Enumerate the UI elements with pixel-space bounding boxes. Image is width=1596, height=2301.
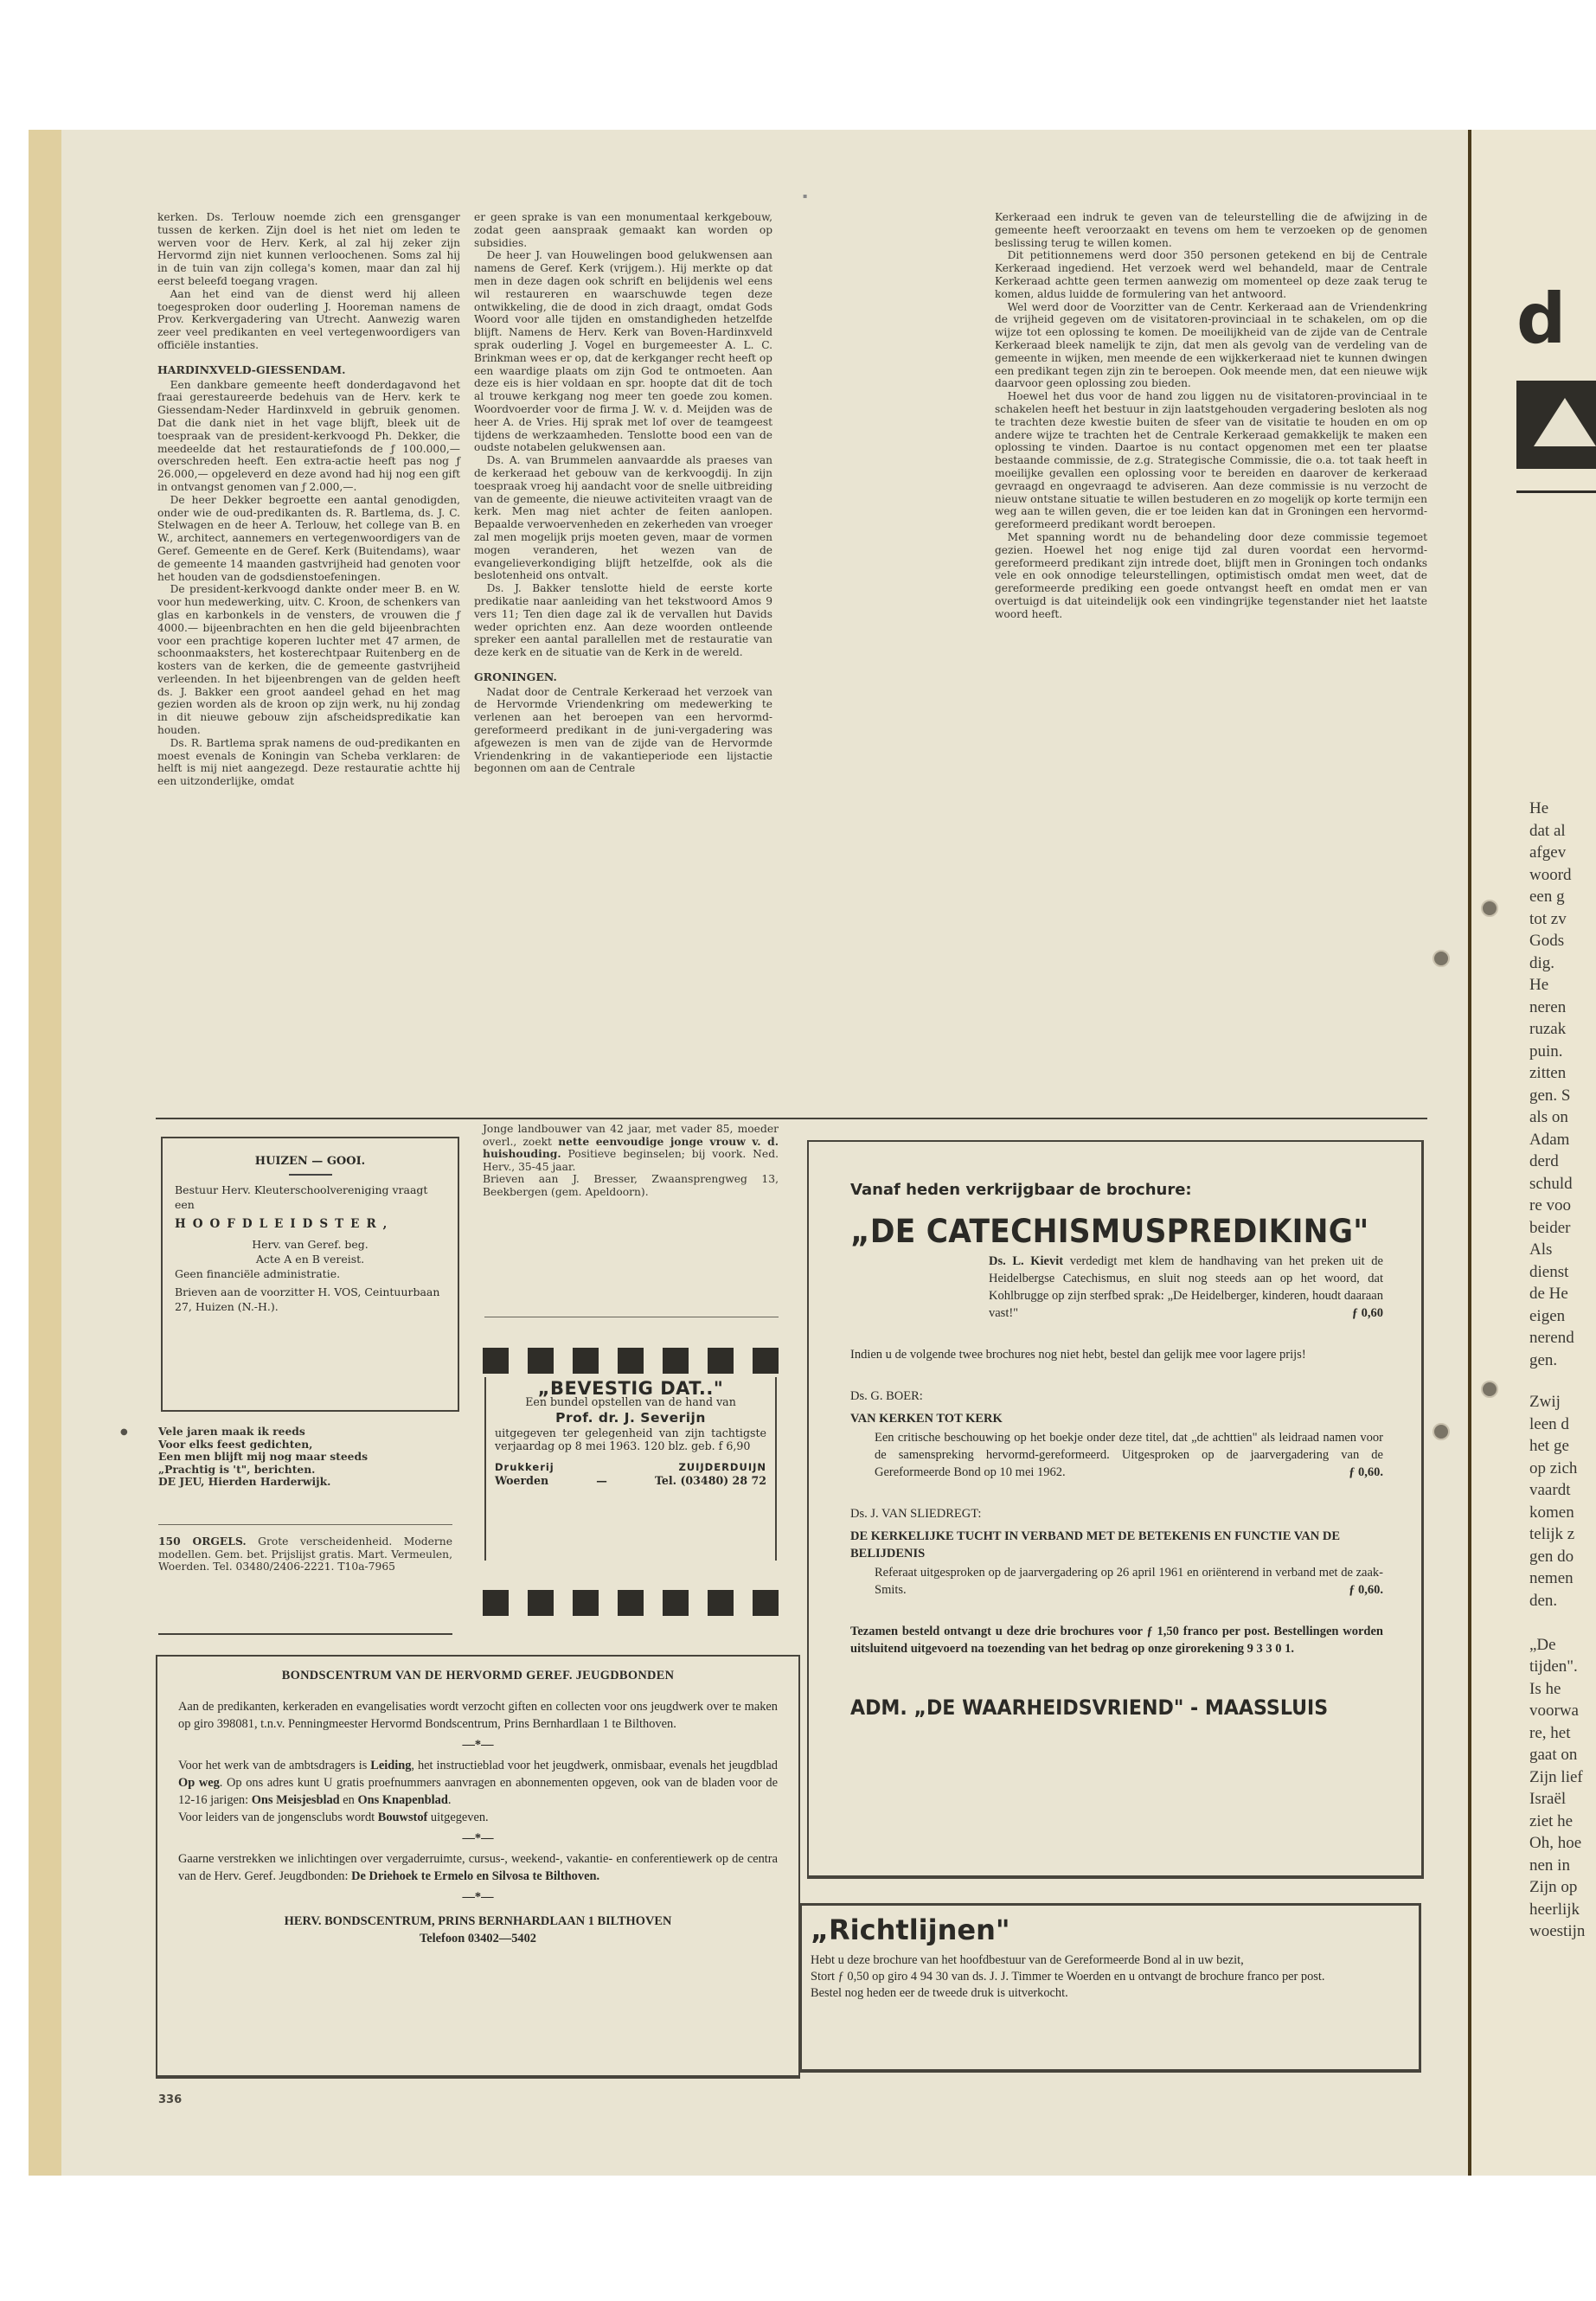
ad-huizen-gooi: HUIZEN — GOOI. Bestuur Herv. Kleuterscho… (161, 1137, 459, 1412)
ad-orgels: 150 ORGELS. Grote verscheidenheid. Moder… (158, 1535, 452, 1574)
ad-title: „Richtlijnen" (811, 1913, 1410, 1947)
decorative-squares-bottom (483, 1590, 779, 1616)
paragraph: Ds. J. Bakker tenslotte hield de eerste … (474, 582, 772, 659)
ad-text: Een bundel opstellen van de hand van (495, 1395, 766, 1408)
ad-publisher: DrukkerijZUIJDERDUIJN (495, 1461, 766, 1474)
paragraph: De heer J. van Houwelingen bood gelukwen… (474, 249, 772, 454)
ad-title: „BEVESTIG DAT.." (495, 1382, 766, 1395)
paragraph: Kerkeraad een indruk te geven van de tel… (995, 211, 1427, 249)
divider (289, 1174, 332, 1176)
poem-line: Een men blijft mij nog maar steeds (158, 1451, 452, 1464)
ad-lead: Vanaf heden verkrijgbaar de brochure: (850, 1182, 1383, 1199)
order-info: Tezamen besteld ontvangt u deze drie bro… (850, 1623, 1383, 1657)
t: Bouwstof (378, 1811, 428, 1824)
dash: — (596, 1474, 607, 1487)
page-number: 336 (158, 2093, 182, 2106)
ad-text: Stort ƒ 0,50 op giro 4 94 30 van ds. J. … (811, 1969, 1410, 1985)
divider (484, 1317, 779, 1317)
ad-richtlijnen: „Richtlijnen" Hebt u deze brochure van h… (800, 1903, 1421, 2073)
paragraph: Met spanning wordt nu de behandeling doo… (995, 531, 1427, 621)
poem-line: DE JEU, Hierden Harderwijk. (158, 1476, 452, 1489)
paragraph: Een dankbare gemeente heeft donderdagavo… (157, 379, 460, 494)
next-page-text-a: He dat al afgev woord een g tot zv Gods … (1529, 798, 1574, 1371)
ad-title: BONDSCENTRUM VAN DE HERVORMD GEREF. JEUG… (178, 1667, 778, 1684)
paragraph: Ds. R. Bartlema sprak namens de oud-pred… (157, 737, 460, 788)
next-page-rule (1516, 490, 1596, 493)
binding-hole (1481, 1381, 1498, 1398)
ad-personal: Jonge landbouwer van 42 jaar, met vader … (483, 1123, 779, 1199)
ad-text: Voor leiders van de jongensclubs wordt B… (178, 1809, 778, 1826)
t: Voor leiders van de jongensclubs wordt (178, 1811, 378, 1824)
ad-poem: Vele jaren maak ik reeds Voor elks feest… (158, 1426, 452, 1489)
paragraph: Dit petitionnemens werd door 350 persone… (995, 249, 1427, 300)
section-heading-groningen: GRONINGEN. (474, 671, 772, 684)
t: Ds. L. Kievit (989, 1254, 1063, 1268)
binding-hole (1433, 1423, 1450, 1440)
t: De Driehoek te Ermelo en Silvosa te Bilt… (351, 1869, 599, 1883)
t: Ons Meisjesblad (252, 1793, 340, 1807)
price: ƒ 0,60. (1349, 1464, 1383, 1481)
t: , het instructieblad voor het jeugdwerk,… (411, 1759, 778, 1772)
paragraph: kerken. Ds. Terlouw noemde zich een gren… (157, 211, 460, 288)
ad-text: Geen financiële administratie. (175, 1266, 445, 1281)
bullet-mark: ● (120, 1427, 128, 1437)
ad-text: uitgegeven ter gelegenheid van zijn tach… (495, 1426, 766, 1452)
phone: Tel. (03480) 28 72 (655, 1474, 766, 1487)
brochure-title: VAN KERKEN TOT KERK (850, 1410, 1383, 1427)
ad-description: Ds. L. Kievit verdedigt met klem de hand… (989, 1253, 1383, 1322)
paragraph: Wel werd door de Voorzitter van de Centr… (995, 301, 1427, 391)
t: uitgegeven. (427, 1811, 488, 1824)
ad-text: Herv. van Geref. beg. (175, 1237, 445, 1252)
divider (158, 1524, 452, 1525)
separator: —*— (178, 1736, 778, 1753)
paragraph: Hoewel het dus voor de hand zou liggen n… (995, 390, 1427, 531)
article-ad-divider (156, 1118, 1427, 1119)
decorative-squares-top (483, 1348, 779, 1374)
ad-phone: Telefoon 03402—5402 (178, 1930, 778, 1947)
next-page-headline-letter: d (1516, 279, 1566, 359)
brochure-description: Een critische beschouwing op het boekje … (875, 1429, 1383, 1481)
next-page-logo-block (1516, 381, 1596, 469)
separator: —*— (178, 1830, 778, 1847)
ad-publisher: ADM. „DE WAARHEIDSVRIEND" - MAASSLUIS (850, 1699, 1341, 1716)
poem-line: Voor elks feest gedichten, (158, 1439, 452, 1452)
paragraph: Nadat door de Centrale Kerkeraad het ver… (474, 686, 772, 776)
t: Op weg (178, 1776, 220, 1790)
ad-bondscentrum: BONDSCENTRUM VAN DE HERVORMD GEREF. JEUG… (156, 1655, 800, 2079)
ad-text: Voor het werk van de ambtsdragers is Lei… (178, 1757, 778, 1809)
paragraph: er geen sprake is van een monumentaal ke… (474, 211, 772, 249)
ad-text: Brieven aan de voorzitter H. VOS, Ceintu… (175, 1285, 445, 1314)
article-column-3: Kerkeraad een indruk te geven van de tel… (995, 211, 1427, 621)
publisher-label: Drukkerij (495, 1461, 554, 1474)
ad-text: Bestel nog heden eer de tweede druk is u… (811, 1985, 1410, 2002)
paragraph: De heer Dekker begroette een aantal geno… (157, 494, 460, 584)
brochure-description: Referaat uitgesproken op de jaarvergader… (875, 1564, 1383, 1599)
t: . (448, 1793, 452, 1807)
t: Leiding (370, 1759, 411, 1772)
price: ƒ 0,60. (1349, 1581, 1383, 1599)
ad-text: Aan de predikanten, kerkeraden en evange… (178, 1698, 778, 1733)
brochure-author: Ds. J. VAN SLIEDREGT: (850, 1505, 1383, 1522)
paragraph: Ds. A. van Brummelen aanvaardde als prae… (474, 454, 772, 582)
ad-text: Hebt u deze brochure van het hoofdbestuu… (811, 1952, 1410, 1969)
poem-line: „Prachtig is 't", berichten. (158, 1464, 452, 1477)
brochure-author: Ds. G. BOER: (850, 1388, 1383, 1405)
binding-hole (1433, 950, 1450, 967)
article-column-2: er geen sprake is van een monumentaal ke… (474, 211, 772, 775)
next-page-text-b: Zwij leen d het ge op zich vaardt komen … (1529, 1391, 1585, 1943)
ad-title: „DE CATECHISMUSPREDIKING" (850, 1223, 1346, 1240)
article-column-1: kerken. Ds. Terlouw noemde zich een gren… (157, 211, 460, 788)
ad-text: Indien u de volgende twee brochures nog … (850, 1346, 1383, 1363)
t: Referaat uitgesproken op de jaarvergader… (875, 1566, 1383, 1597)
ad-catechismusprediking: Vanaf heden verkrijgbaar de brochure: „D… (807, 1140, 1424, 1879)
brochure-title: DE KERKELIJKE TUCHT IN VERBAND MET DE BE… (850, 1528, 1383, 1562)
paragraph: Aan het eind van de dienst werd hij alle… (157, 288, 460, 352)
ad-bevestig-dat: „BEVESTIG DAT.." Een bundel opstellen va… (484, 1377, 777, 1561)
t: en (340, 1793, 358, 1807)
ad-contact: Woerden—Tel. (03480) 28 72 (495, 1474, 766, 1487)
ad-address: HERV. BONDSCENTRUM, PRINS BERNHARDLAAN 1… (178, 1913, 778, 1930)
ad-title: HUIZEN — GOOI. (175, 1154, 445, 1169)
ad-text: Brieven aan J. Bresser, Zwaansprengweg 1… (483, 1173, 779, 1198)
city: Woerden (495, 1474, 548, 1487)
ad-author: Prof. dr. J. Severijn (495, 1412, 766, 1425)
publisher-name: ZUIJDERDUIJN (678, 1461, 766, 1474)
t: Een critische beschouwing op het boekje … (875, 1431, 1383, 1479)
separator: —*— (178, 1888, 778, 1906)
section-heading-hardinxveld: HARDINXVELD-GIESSENDAM. (157, 364, 460, 377)
poem-line: Vele jaren maak ik reeds (158, 1426, 452, 1439)
print-dot: ▪ (803, 192, 807, 200)
t: Ons Knapenblad (357, 1793, 447, 1807)
price: ƒ 0,60 (1352, 1304, 1383, 1322)
ad-text: Acte A en B vereist. (175, 1252, 445, 1266)
paragraph: De president-kerkvoogd dankte onder meer… (157, 583, 460, 737)
ad-orgels-lead: 150 ORGELS. (158, 1535, 247, 1548)
t: Voor het werk van de ambtsdragers is (178, 1759, 370, 1772)
ad-text: Gaarne verstrekken we inlichtingen over … (178, 1850, 778, 1885)
ad-position: HOOFDLEIDSTER, (175, 1217, 445, 1232)
ad-text: Bestuur Herv. Kleuterschoolvereniging vr… (175, 1183, 445, 1212)
divider (158, 1633, 452, 1635)
binding-hole (1481, 900, 1498, 917)
